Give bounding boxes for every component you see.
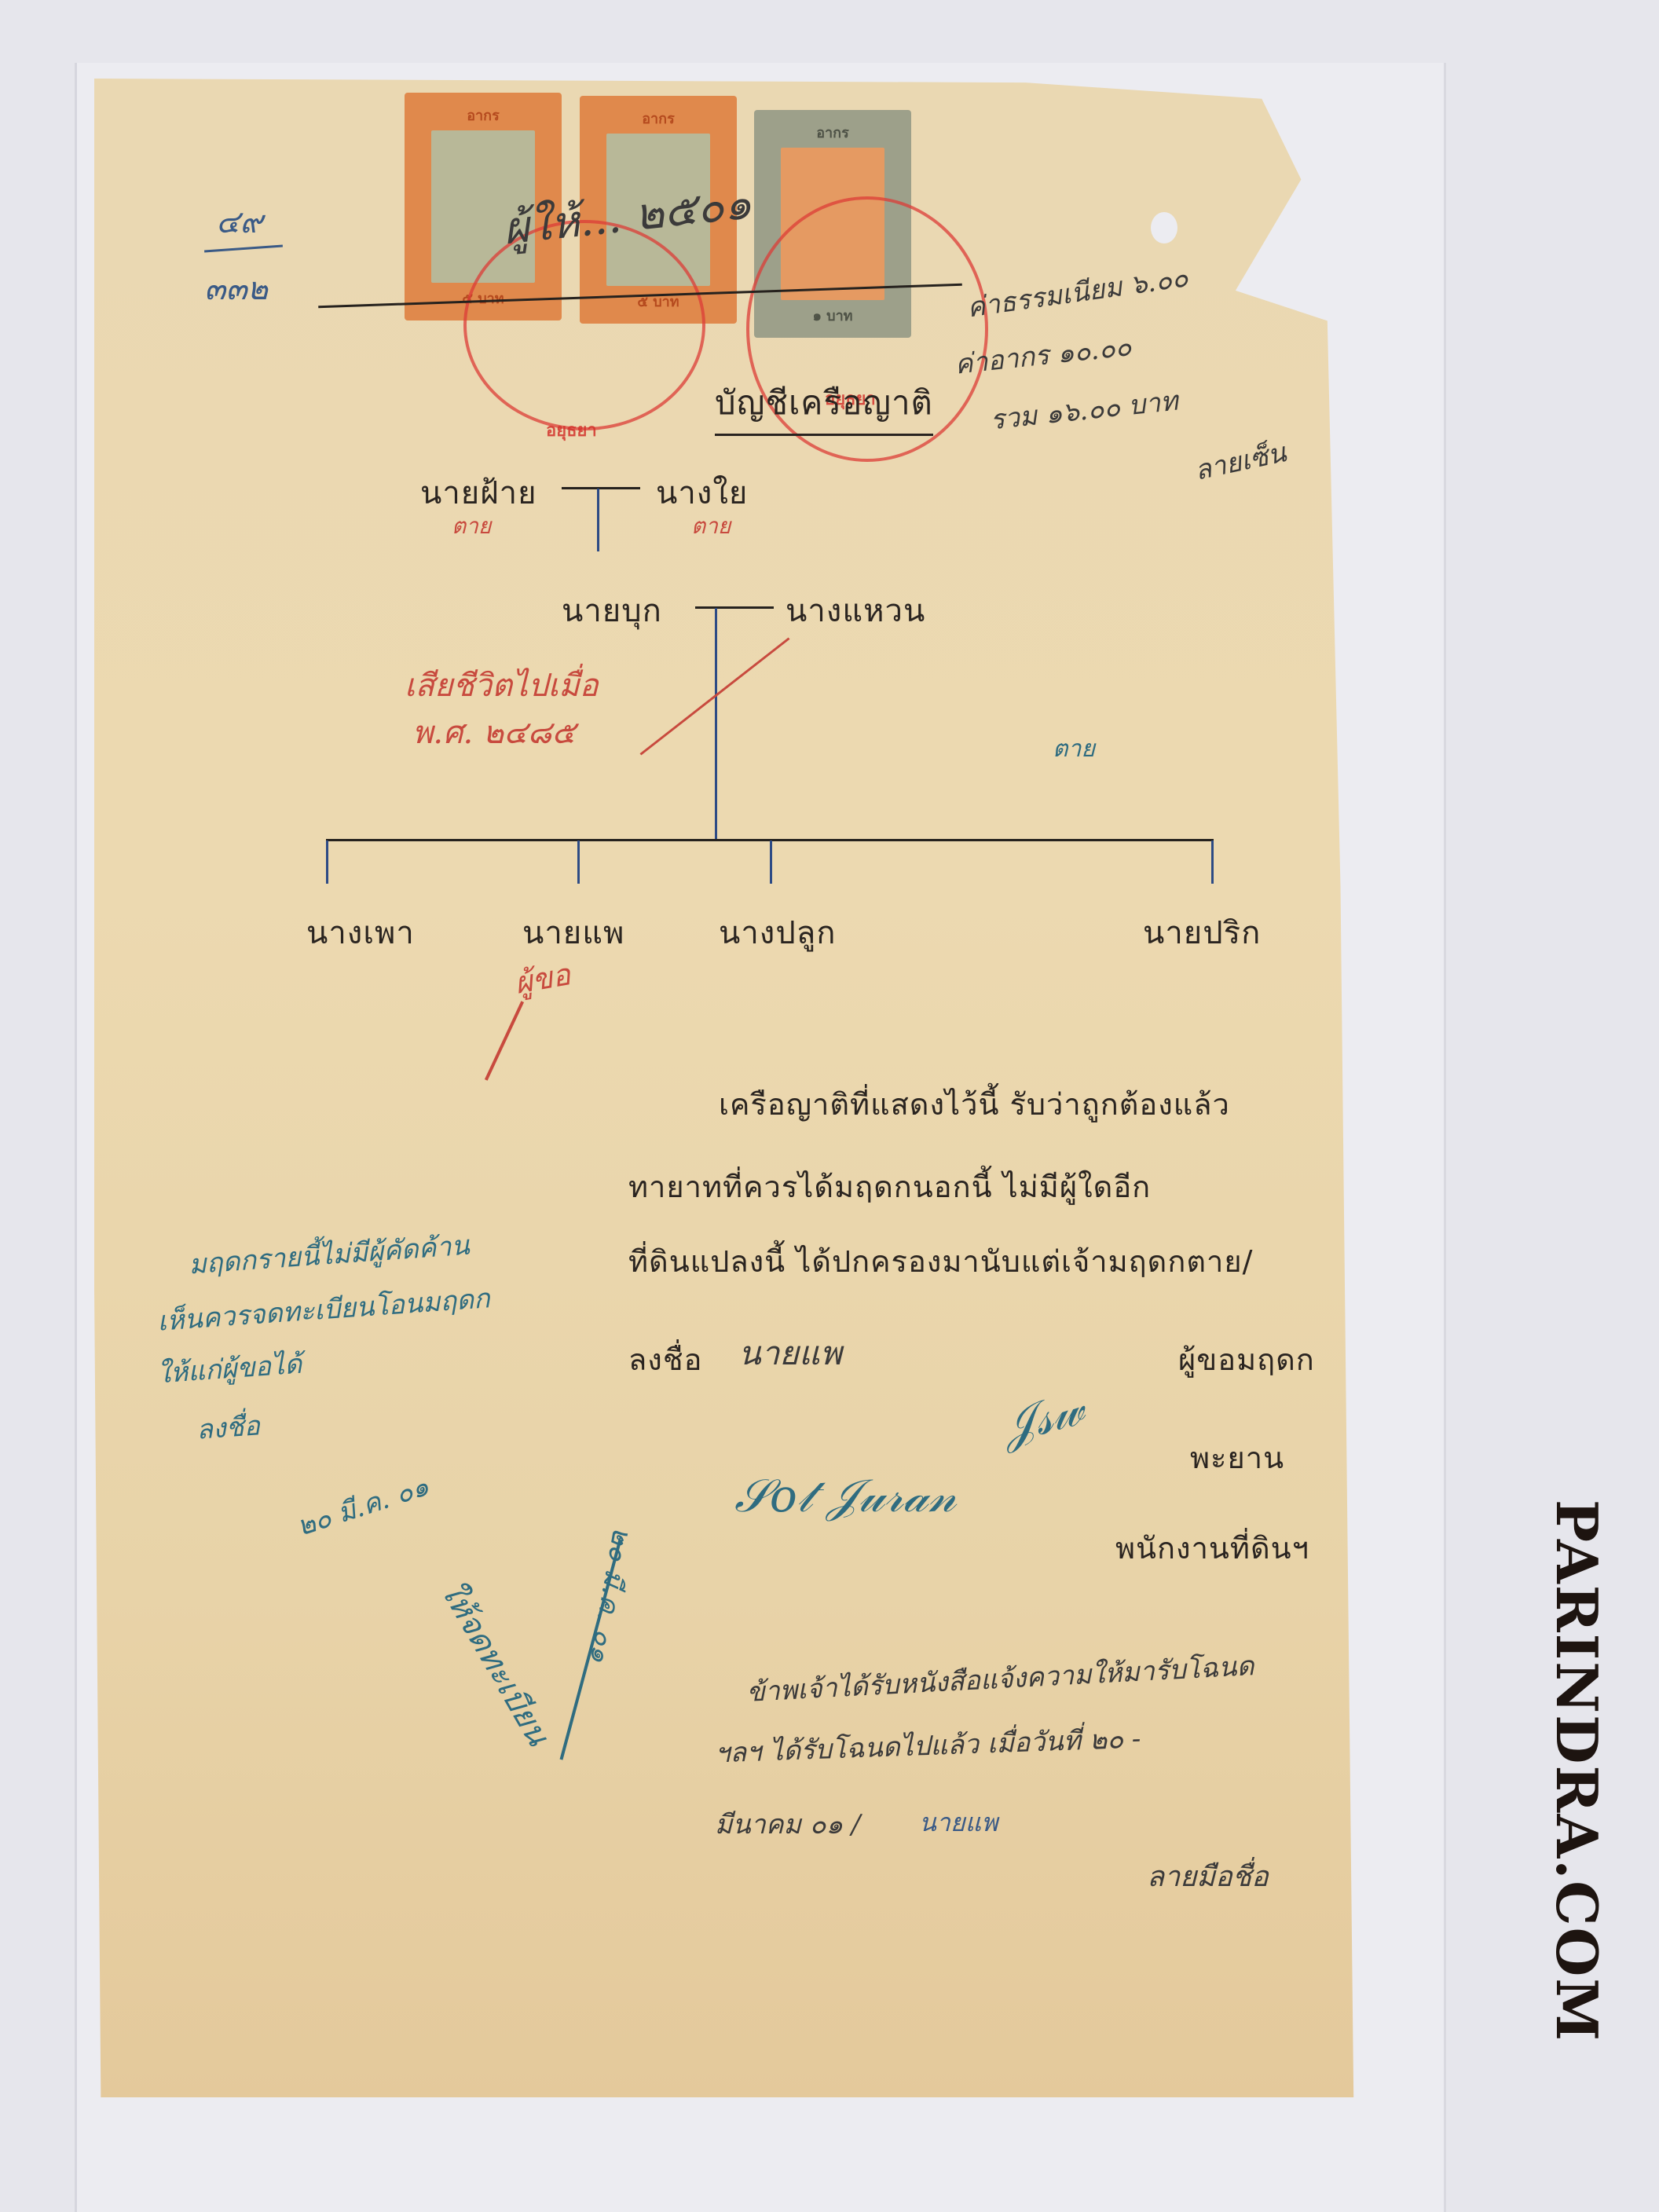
child-branch [1211, 840, 1214, 884]
certification-line: ที่ดินแปลงนี้ ได้ปกครองมานับแต่เจ้ามฤดกต… [628, 1237, 1253, 1285]
applicant-mark: ผู้ขอ [511, 950, 574, 1006]
receipt-note-line: ฯลฯ ได้รับโฉนดไปแล้ว เมื่อวันที่ ๒๐ - [714, 1717, 1141, 1774]
margin-note: ตาย [1053, 731, 1095, 767]
document-title: บัญชีเครือญาติ [715, 377, 933, 436]
fee-note: ค่าธรรมเนียม ๖.๐๐ [965, 256, 1191, 329]
child-name: นางปลูก [719, 907, 836, 958]
receiver-signature: นายแพ [919, 1803, 998, 1843]
child-branch [577, 840, 580, 884]
death-year-note: พ.ศ. ๒๔๘๕ [412, 707, 576, 757]
parent-husband-name: นายบุก [562, 585, 662, 635]
marriage-line [562, 487, 640, 489]
witness-role-label: พะยาน [1190, 1434, 1284, 1481]
file-number-note: ๔๙ [216, 196, 263, 247]
margin-note-line: มฤดกรายนี้ไม่มีผู้คัดค้าน [188, 1224, 471, 1286]
margin-note-line: เห็นควรจดทะเบียนโอนมฤดก [156, 1276, 492, 1342]
document-paper: อากร ๕ บาท อากร ๕ บาท อากร ๑ บาท อยุธยา … [94, 79, 1406, 2097]
red-arrow-mark [485, 1001, 524, 1080]
approval-signature: ให้จดทะเบียน [428, 1571, 563, 1755]
witness-signature: 𝒥𝓈𝓌 [996, 1381, 1090, 1456]
descent-line [597, 489, 599, 551]
descent-line [715, 608, 717, 840]
fee-signature: ลายเซ็น [1191, 430, 1290, 491]
stamp-label: อากร [754, 121, 911, 144]
receipt-note-date: มีนาคม ๐๑ / [715, 1803, 860, 1845]
margin-note-line: ลงชื่อ [195, 1404, 262, 1451]
receipt-note-line: ข้าพเจ้าได้รับหนังสือแจ้งความให้มารับโฉน… [745, 1644, 1255, 1713]
child-branch [326, 840, 328, 884]
sign-label: ลงชื่อ [628, 1335, 702, 1383]
seal-text: อยุธยา [546, 416, 597, 444]
applicant-role-label: ผู้ขอมฤดก [1178, 1335, 1315, 1383]
marriage-line [695, 606, 774, 609]
applicant-signature: นายแพ [738, 1328, 842, 1379]
official-signature: ลายมือชื่อ [1147, 1854, 1269, 1899]
child-name: นางเพา [306, 907, 415, 958]
child-name: นายแพ [522, 907, 624, 958]
parent-wife-name: นางแหวน [786, 585, 925, 635]
punch-hole [1151, 212, 1177, 244]
total-fee-note: รวม ๑๖.๐๐ บาท [988, 379, 1180, 441]
margin-note-line: ให้แก่ผู้ขอได้ [156, 1342, 303, 1395]
stamp-label: อากร [580, 107, 737, 130]
certification-line: เครือญาติที่แสดงไว้นี้ รับว่าถูกต้องแล้ว [719, 1080, 1230, 1128]
death-note: เสียชีวิตไปเมื่อ [405, 660, 599, 710]
child-name: นายปริก [1143, 907, 1261, 958]
file-number-note: ๓๓๒ [204, 263, 268, 313]
child-branch [770, 840, 772, 884]
deceased-note: ตาย [691, 509, 731, 544]
watermark: PARINDRA.COM [1540, 1437, 1610, 2105]
deceased-note: ตาย [452, 509, 491, 544]
approval-date: ๒๐ มี.ค. ๐๑ [579, 1525, 644, 1667]
certification-line: ทายาทที่ควรได้มฤดกนอกนี้ ไม่มีผู้ใดอีก [628, 1163, 1151, 1210]
stamp-label: อากร [405, 104, 562, 126]
margin-note-date: ๒๐ มี.ค. ๐๑ [291, 1464, 434, 1547]
officer-signature: 𝒮𝑜𝓉 𝒥𝓊𝓇𝒶𝓃 [734, 1469, 956, 1523]
officer-role-label: พนักงานที่ดินฯ [1115, 1524, 1309, 1572]
